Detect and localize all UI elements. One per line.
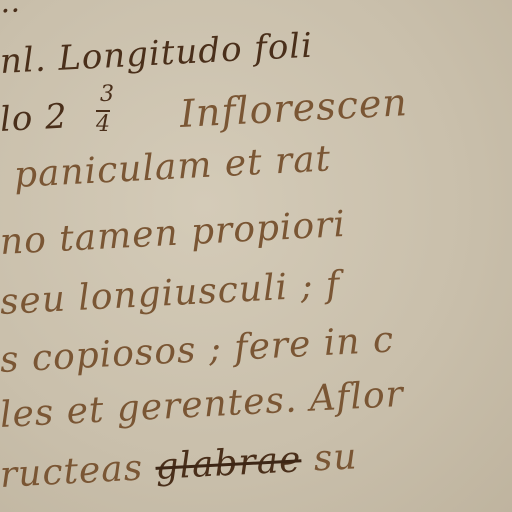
manuscript-line-8: ructeas glabrae su	[0, 436, 358, 496]
manuscript-page: … nl. Longitudo foli 3 4 lo 2 Infloresce…	[0, 0, 512, 512]
manuscript-line-3: paniculam et rat	[13, 138, 332, 196]
manuscript-line-7: les et gerentes. Aflor	[0, 374, 405, 436]
struck-word: glabrae	[154, 439, 302, 488]
fraction-numerator: 3	[100, 82, 114, 107]
manuscript-line-0: …	[0, 0, 22, 21]
word-tail: su	[313, 436, 359, 479]
manuscript-line-1: nl. Longitudo foli	[0, 26, 314, 82]
fraction-denominator: 4	[96, 110, 110, 137]
manuscript-line-6: s copiosos ; fere in c	[0, 319, 395, 381]
manuscript-line-4: no tamen propiori	[0, 204, 347, 263]
manuscript-line-2-prefix: lo 2	[0, 96, 69, 139]
manuscript-line-5: seu longiusculi ; f	[0, 264, 341, 323]
word-ructeas: ructeas	[0, 448, 144, 496]
manuscript-line-2: Inflorescen	[179, 80, 409, 136]
